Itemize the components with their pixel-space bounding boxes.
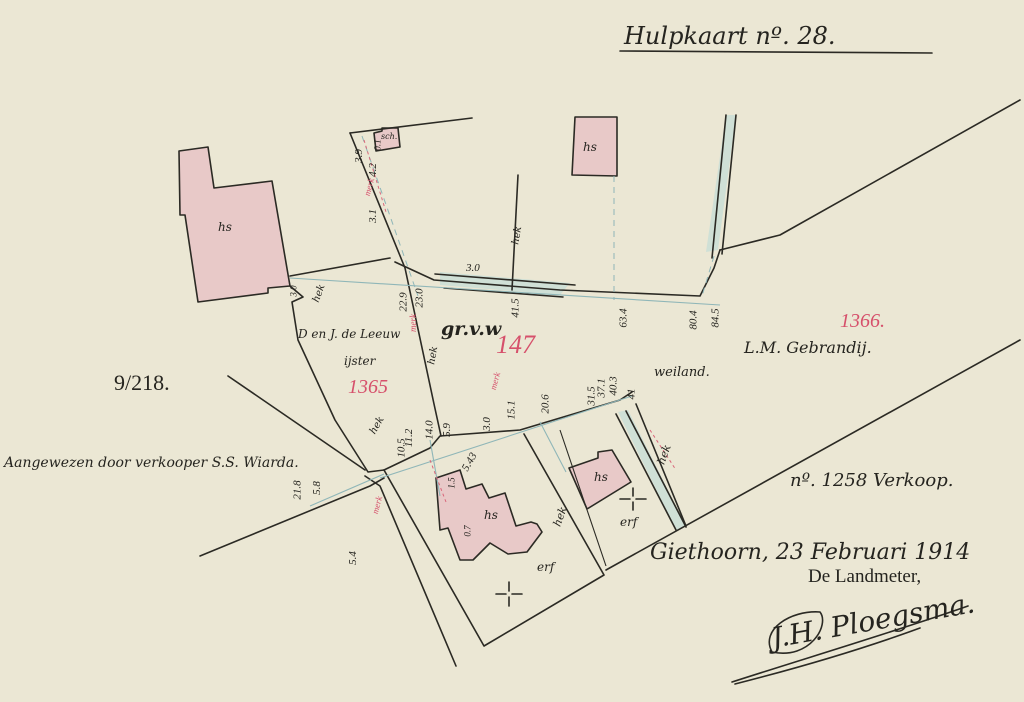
measure-20-6: 20.6 [540, 394, 552, 413]
measure-5-9: 5.9 [441, 423, 453, 437]
measure-line-ditch-right [702, 256, 714, 296]
survey-map-sheet: Hulpkaart nº. 28. 9/218. Aangewezen door… [0, 0, 1024, 702]
boundary-top-left [350, 118, 472, 133]
label-yard-right: erf [620, 515, 637, 529]
surveyor-title: De Landmeter, [808, 566, 921, 588]
parcel-1366-owner: L.M. Gebrandij. [744, 338, 872, 357]
parcel-1365-owner: D en J. de Leeuw [298, 327, 400, 341]
yard-cross-marker-right [620, 488, 646, 510]
annotation-mark-2: merk [408, 314, 418, 332]
measure-15-1: 15.1 [506, 400, 518, 419]
ditch-lower-right [618, 410, 686, 530]
parcel-1365-use: ijster [344, 354, 375, 368]
measure-14-0: 14.0 [424, 420, 436, 439]
land-use-meadow: weiland. [654, 365, 710, 380]
measure-3-0-west: 3.0 [289, 285, 299, 296]
measure-21-8: 21.8 [292, 480, 304, 499]
measure-10-5: 10.5 [396, 438, 408, 457]
label-yard-lower: erf [537, 560, 554, 574]
sale-number: nº. 1258 Verkoop. [790, 470, 953, 491]
label-house-top: hs [583, 140, 597, 154]
measure-41: 41 [626, 389, 638, 400]
measure-37-1: 37.1 [596, 378, 608, 397]
measure-3-1: 3.1 [367, 209, 379, 223]
measure-1-5: 1.5 [447, 477, 457, 488]
label-house-right: hs [594, 470, 608, 484]
parcel-number-1366: 1366. [840, 310, 885, 333]
measure-63-4: 63.4 [618, 308, 630, 327]
measure-line-offset-1 [430, 440, 440, 496]
measure-5-8: 5.8 [311, 481, 323, 495]
measure-4-2: 4.2 [367, 163, 379, 177]
title-underline [620, 51, 932, 53]
sheet-reference: 9/218. [114, 370, 170, 396]
measure-84-5: 84.5 [710, 308, 722, 327]
measure-3-9: 3.9 [353, 149, 365, 163]
measure-22-9: 22.9 [398, 292, 410, 311]
parcel-number-147: 147 [496, 330, 535, 360]
measure-40-3: 40.3 [608, 376, 620, 395]
yard-cross-marker-lower [496, 582, 522, 606]
map-title: Hulpkaart nº. 28. [624, 22, 836, 50]
label-house-left: hs [218, 220, 232, 234]
measure-3-0-top: 3.0 [466, 262, 480, 274]
measure-0-7: 0.7 [463, 525, 473, 536]
measure-23-0: 23.0 [414, 288, 426, 307]
measure-line-offset-2 [540, 422, 566, 472]
parcel-number-1365: 1365 [348, 376, 388, 399]
indicated-by-note: Aangewezen door verkooper S.S. Wiarda. [4, 455, 299, 471]
place-and-date: Giethoorn, 23 Februari 1914 [650, 540, 970, 565]
measure-5-4: 5.4 [347, 551, 359, 565]
building-house-left [179, 147, 290, 302]
parcel-147-owner: gr.v.w [441, 318, 501, 340]
measure-41-5: 41.5 [510, 298, 522, 317]
boundary-right-diagonal [720, 100, 1020, 250]
measure-80-4: 80.4 [688, 310, 700, 329]
boundary-west-strip [290, 258, 390, 276]
measure-3-0-mid: 3.0 [481, 417, 493, 431]
ditch-edge-lower-2 [626, 411, 686, 527]
ditch-top-right [706, 115, 736, 252]
fence-lower [636, 404, 686, 526]
label-shed: sch. [381, 132, 397, 141]
measure-0-1: 0.1 [373, 139, 383, 150]
label-house-center: hs [484, 508, 498, 522]
